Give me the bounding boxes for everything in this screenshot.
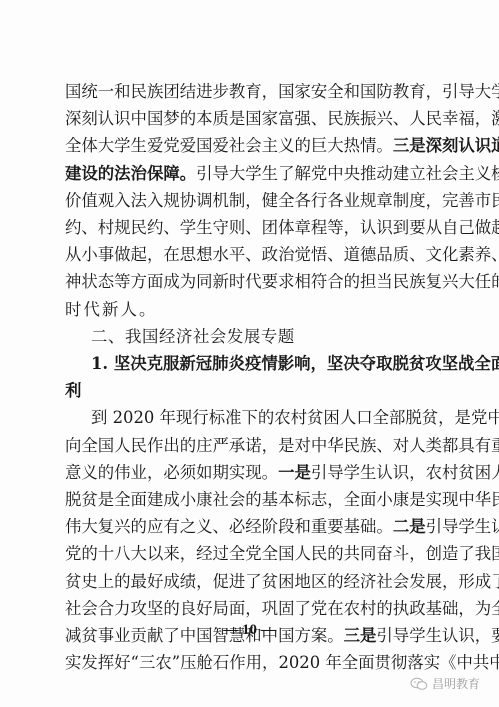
text: 贫史上的最好成绩，促进了贫困地区的经济社会发展，形成了全 <box>65 572 499 591</box>
bold-text: 1. 坚决克服新冠肺炎疫情影响，坚决夺取脱贫攻坚战全面胜 <box>91 354 499 373</box>
watermark-text: 昌明教育 <box>432 675 480 692</box>
subheading: 1. 坚决克服新冠肺炎疫情影响，坚决夺取脱贫攻坚战全面胜 <box>91 354 437 374</box>
text-line: 全体大学生爱党爱国爱社会主义的巨大热情。三是深刻认识道德 <box>65 136 437 156</box>
bold-text: 一是 <box>278 463 311 482</box>
wechat-icon <box>410 677 428 691</box>
bold-text: 利 <box>65 381 84 400</box>
text: 价值观入法入规协调机制，健全各行各业规章制度，完善市民公 <box>65 191 499 210</box>
text: 国统一和民族团结进步教育，国家安全和国防教育，引导大学生 <box>65 82 499 101</box>
text: 向全国人民作出的庄严承诺，是对中华民族、对人类都具有重大 <box>65 436 499 455</box>
section-heading: 二、我国经济社会发展专题 <box>91 327 437 347</box>
text-line: 意义的伟业，必须如期实现。一是引导学生认识，农村贫困人口 <box>65 463 437 483</box>
text-line: 贫史上的最好成绩，促进了贫困地区的经济社会发展，形成了全 <box>65 572 437 592</box>
text: 引导大学生了解党中央推动建立社会主义核心 <box>196 164 499 183</box>
text: 二、我国经济社会发展专题 <box>91 327 295 346</box>
document-page: 国统一和民族团结进步教育，国家安全和国防教育，引导大学生深刻认识中国梦的本质是国… <box>0 0 499 707</box>
text: 从小事做起，在思想水平、政治觉悟、道德品质、文化素养、精 <box>65 245 499 264</box>
text-line: 伟大复兴的应有之义、必经阶段和重要基础。二是引导学生认识， <box>65 517 437 537</box>
text-line: 深刻认识中国梦的本质是国家富强、民族振兴、人民幸福，激发 <box>65 109 437 129</box>
text-line: 约、村规民约、学生守则、团体章程等，认识到要从自己做起， <box>65 218 437 238</box>
text-line: 向全国人民作出的庄严承诺，是对中华民族、对人类都具有重大 <box>65 436 437 456</box>
text: 引导学生认识，农村贫困人口 <box>311 463 499 482</box>
text: 伟大复兴的应有之义、必经阶段和重要基础。 <box>65 517 393 536</box>
bold-text: 二是 <box>393 517 426 536</box>
text-line: 社会合力攻坚的良好局面，巩固了党在农村的执政基础，为全球 <box>65 599 437 619</box>
text-line: 国统一和民族团结进步教育，国家安全和国防教育，引导大学生 <box>65 82 437 102</box>
text-line: 建设的法治保障。引导大学生了解党中央推动建立社会主义核心 <box>65 164 437 184</box>
text-line: 党的十八大以来，经过全党全国人民的共同奋斗，创造了我国减 <box>65 544 437 564</box>
text: 意义的伟业，必须如期实现。 <box>65 463 278 482</box>
page-number: — 10 — <box>0 622 499 639</box>
text: 引导学生认识， <box>426 517 499 536</box>
text: 社会合力攻坚的良好局面，巩固了党在农村的执政基础，为全球 <box>65 599 499 618</box>
watermark: 昌明教育 <box>410 675 480 692</box>
text-line: 从小事做起，在思想水平、政治觉悟、道德品质、文化素养、精 <box>65 245 437 265</box>
text-line: 脱贫是全面建成小康社会的基本标志，全面小康是实现中华民族 <box>65 490 437 510</box>
text: 实发挥好“三农”压舱石作用，2020 年全面贯彻落实《中共中 <box>65 653 499 672</box>
text: 全体大学生爱党爱国爱社会主义的巨大热情。 <box>65 136 393 155</box>
text: 到 2020 年现行标准下的农村贫困人口全部脱贫，是党中央 <box>91 408 499 427</box>
text: 脱贫是全面建成小康社会的基本标志，全面小康是实现中华民族 <box>65 490 499 509</box>
text: 时代新人。 <box>65 300 157 319</box>
text-line: 神状态等方面成为同新时代要求相符合的担当民族复兴大任的 <box>65 272 437 292</box>
text: 党的十八大以来，经过全党全国人民的共同奋斗，创造了我国减 <box>65 544 499 563</box>
bold-text: 建设的法治保障。 <box>65 164 196 183</box>
text-line: 实发挥好“三农”压舱石作用，2020 年全面贯彻落实《中共中 <box>65 653 437 673</box>
text-line: 到 2020 年现行标准下的农村贫困人口全部脱贫，是党中央 <box>91 408 437 428</box>
text-line: 时代新人。 <box>65 300 437 320</box>
text: 约、村规民约、学生守则、团体章程等，认识到要从自己做起， <box>65 218 499 237</box>
subheading-cont: 利 <box>65 381 437 401</box>
text: 神状态等方面成为同新时代要求相符合的担当民族复兴大任的 <box>65 272 499 291</box>
text: 深刻认识中国梦的本质是国家富强、民族振兴、人民幸福，激发 <box>65 109 499 128</box>
text-line: 价值观入法入规协调机制，健全各行各业规章制度，完善市民公 <box>65 191 437 211</box>
bold-text: 三是深刻认识道德 <box>393 136 499 155</box>
